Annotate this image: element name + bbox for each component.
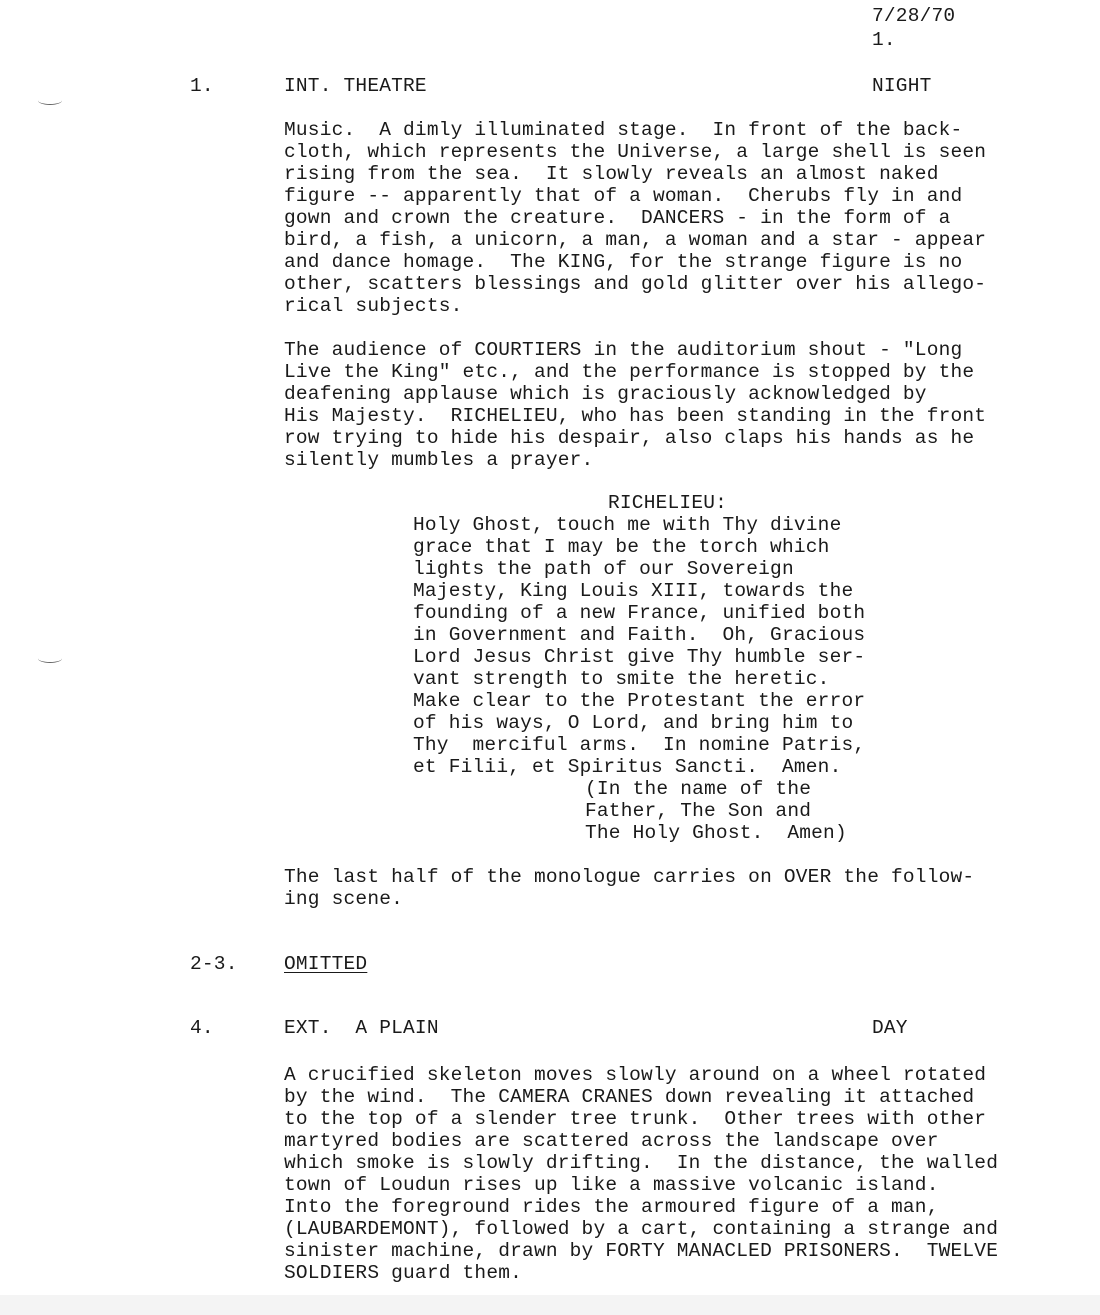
- text-line: of his ways, O Lord, and bring him to: [413, 712, 865, 734]
- character-cue: RICHELIEU:: [608, 492, 727, 514]
- text-line: town of Loudun rises up like a massive v…: [284, 1174, 1074, 1196]
- action-paragraph: The last half of the monologue carries o…: [284, 866, 1074, 910]
- text-line: bird, a fish, a unicorn, a man, a woman …: [284, 229, 1074, 251]
- action-paragraph: Music. A dimly illuminated stage. In fro…: [284, 119, 1074, 317]
- text-line: which smoke is slowly drifting. In the d…: [284, 1152, 1074, 1174]
- scene-number: 2-3.: [190, 953, 238, 975]
- text-line: founding of a new France, unified both: [413, 602, 865, 624]
- text-line: Make clear to the Protestant the error: [413, 690, 865, 712]
- text-line: The last half of the monologue carries o…: [284, 866, 1074, 888]
- text-line: et Filii, et Spiritus Sancti. Amen.: [413, 756, 865, 778]
- text-line: other, scatters blessings and gold glitt…: [284, 273, 1074, 295]
- text-line: The audience of COURTIERS in the auditor…: [284, 339, 1074, 361]
- text-line: Thy merciful arms. In nomine Patris,: [413, 734, 865, 756]
- action-paragraph: The audience of COURTIERS in the auditor…: [284, 339, 1074, 471]
- text-line: The Holy Ghost. Amen): [585, 822, 847, 844]
- text-line: by the wind. The CAMERA CRANES down reve…: [284, 1086, 1074, 1108]
- text-line: vant strength to smite the heretic.: [413, 668, 865, 690]
- text-line: grace that I may be the torch which: [413, 536, 865, 558]
- text-line: gown and crown the creature. DANCERS - i…: [284, 207, 1074, 229]
- text-line: (LAUBARDEMONT), followed by a cart, cont…: [284, 1218, 1074, 1240]
- scene-time: DAY: [872, 1017, 908, 1039]
- text-line: silently mumbles a prayer.: [284, 449, 1074, 471]
- text-line: Holy Ghost, touch me with Thy divine: [413, 514, 865, 536]
- text-line: row trying to hide his despair, also cla…: [284, 427, 1074, 449]
- text-line: rising from the sea. It slowly reveals a…: [284, 163, 1074, 185]
- text-line: and dance homage. The KING, for the stra…: [284, 251, 1074, 273]
- text-line: Live the King" etc., and the performance…: [284, 361, 1074, 383]
- text-line: in Government and Faith. Oh, Gracious: [413, 624, 865, 646]
- script-page: 7/28/70 1. 1. INT. THEATRE NIGHT Music. …: [0, 0, 1100, 1315]
- text-line: Majesty, King Louis XIII, towards the: [413, 580, 865, 602]
- text-line: ing scene.: [284, 888, 1074, 910]
- text-line: rical subjects.: [284, 295, 1074, 317]
- scene-heading: OMITTED: [284, 953, 367, 975]
- dialogue-block: Holy Ghost, touch me with Thy divinegrac…: [413, 514, 865, 778]
- text-line: lights the path of our Sovereign: [413, 558, 865, 580]
- text-line: to the top of a slender tree trunk. Othe…: [284, 1108, 1074, 1130]
- scene-time: NIGHT: [872, 75, 932, 97]
- text-line: Father, The Son and: [585, 800, 847, 822]
- text-line: figure -- apparently that of a woman. Ch…: [284, 185, 1074, 207]
- action-paragraph: A crucified skeleton moves slowly around…: [284, 1064, 1074, 1284]
- text-line: Music. A dimly illuminated stage. In fro…: [284, 119, 1074, 141]
- parenthetical: (In the name of theFather, The Son andTh…: [585, 778, 847, 844]
- margin-mark: [38, 96, 62, 105]
- margin-mark: [38, 654, 62, 663]
- page-number: 1.: [872, 29, 896, 51]
- page-bottom-edge: [0, 1295, 1100, 1315]
- text-line: Into the foreground rides the armoured f…: [284, 1196, 1074, 1218]
- text-line: His Majesty. RICHELIEU, who has been sta…: [284, 405, 1074, 427]
- text-line: martyred bodies are scattered across the…: [284, 1130, 1074, 1152]
- text-line: A crucified skeleton moves slowly around…: [284, 1064, 1074, 1086]
- scene-number: 1.: [190, 75, 214, 97]
- scene-heading: EXT. A PLAIN: [284, 1017, 439, 1039]
- text-line: SOLDIERS guard them.: [284, 1262, 1074, 1284]
- text-line: deafening applause which is graciously a…: [284, 383, 1074, 405]
- scene-number: 4.: [190, 1017, 214, 1039]
- text-line: (In the name of the: [585, 778, 847, 800]
- revision-date: 7/28/70: [872, 5, 955, 27]
- text-line: Lord Jesus Christ give Thy humble ser-: [413, 646, 865, 668]
- text-line: sinister machine, drawn by FORTY MANACLE…: [284, 1240, 1074, 1262]
- text-line: cloth, which represents the Universe, a …: [284, 141, 1074, 163]
- scene-heading: INT. THEATRE: [284, 75, 427, 97]
